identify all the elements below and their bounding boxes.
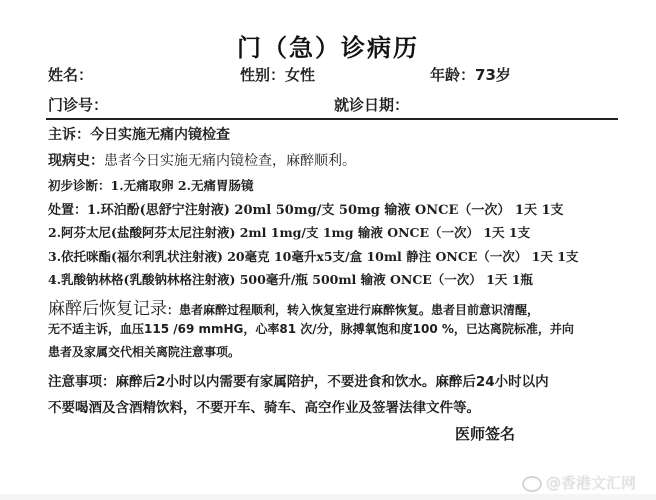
chief-complaint: 主诉：今日实施无痛内镜检查 [48,124,230,144]
clinic-number-field: 门诊号： [48,94,108,115]
treatment-text-3: 3.依托咪酯(福尔利乳状注射液) 20毫克 10毫升x5支/盒 10ml 静注 … [48,249,578,264]
watermark: @香港文汇网 [522,472,636,493]
treatment-item-4: 4.乳酸钠林格(乳酸钠林格注射液) 500毫升/瓶 500ml 输液 ONCE（… [48,270,533,288]
recovery-label: 麻醉后恢复记录 [48,299,167,319]
treatment-text-4: 4.乳酸钠林格(乳酸钠林格注射液) 500毫升/瓶 500ml 输液 ONCE（… [48,272,533,287]
bottom-edge [0,494,656,500]
patient-name-field: 姓名： [48,64,93,85]
diagnosis: 初步诊断：1.无痛取卵 2.无痛胃肠镜 [48,176,253,194]
gender-value: 女性 [285,66,315,84]
gender-field: 性别：女性 [240,64,315,85]
header-divider [46,118,618,120]
visit-date-field: 就诊日期： [334,94,409,115]
precautions-line-2: 不要喝酒及含酒精饮料，不要开车、骑车、高空作业及签署法律文件等。 [48,396,480,416]
treatment-item-1: 处置：1.环泊酚(思舒宁注射液) 20ml 50mg/支 50mg 输液 ONC… [48,199,564,218]
watermark-text: @香港文汇网 [546,474,636,492]
recovery-line-2: 无不适主诉，血压115 /69 mmHG，心率81 次/分，脉搏氧饱和度100 … [48,320,574,337]
document-title: 门（急）诊病历 [0,28,656,63]
treatment-text-1: 1.环泊酚(思舒宁注射液) 20ml 50mg/支 50mg 输液 ONCE（一… [87,203,564,218]
precautions-label: 注意事项： [48,374,116,390]
age-label: 年龄： [430,66,475,84]
precautions: 注意事项：麻醉后2小时以内需要有家属陪护，不要进食和饮水。麻醉后24小时以内 [48,370,549,390]
precautions-line-1: 麻醉后2小时以内需要有家属陪护，不要进食和饮水。麻醉后24小时以内 [116,374,549,390]
medical-record-page: 门（急）诊病历 姓名： 性别：女性 年龄：73岁 门诊号： 就诊日期： 主诉：今… [0,0,656,500]
treatment-text-2: 2.阿芬太尼(盐酸阿芬太尼注射液) 2ml 1mg/支 1mg 输液 ONCE（… [48,225,530,240]
treatment-label: 处置： [48,203,87,218]
clinic-number-label: 门诊号： [48,96,108,114]
diagnosis-text: 1.无痛取卵 2.无痛胃肠镜 [111,178,254,193]
present-illness: 现病史：患者今日实施无痛内镜检查，麻醉顺利。 [48,150,356,170]
visit-date-label: 就诊日期： [334,96,409,114]
age-field: 年龄：73岁 [430,64,511,85]
present-illness-label: 现病史： [48,153,104,169]
chief-complaint-text: 今日实施无痛内镜检查 [90,127,230,143]
treatment-item-3: 3.依托咪酯(福尔利乳状注射液) 20毫克 10毫升x5支/盒 10ml 静注 … [48,247,578,265]
weibo-icon [522,476,542,492]
doctor-signature-label: 医师签名 [455,423,515,444]
recovery-colon: ： [167,303,179,317]
recovery-line-3: 患者及家属交代相关离院注意事项。 [48,343,240,360]
recovery-line-1: 患者麻醉过程顺利，转入恢复室进行麻醉恢复。患者目前意识清醒， [179,303,539,317]
age-value: 73岁 [475,66,511,84]
recovery-record: 麻醉后恢复记录：患者麻醉过程顺利，转入恢复室进行麻醉恢复。患者目前意识清醒， [48,294,539,319]
gender-label: 性别： [240,66,285,84]
chief-complaint-label: 主诉： [48,127,90,143]
treatment-item-2: 2.阿芬太尼(盐酸阿芬太尼注射液) 2ml 1mg/支 1mg 输液 ONCE（… [48,223,530,241]
diagnosis-label: 初步诊断： [48,178,111,193]
name-label: 姓名： [48,66,93,84]
present-illness-text: 患者今日实施无痛内镜检查，麻醉顺利。 [104,153,356,169]
